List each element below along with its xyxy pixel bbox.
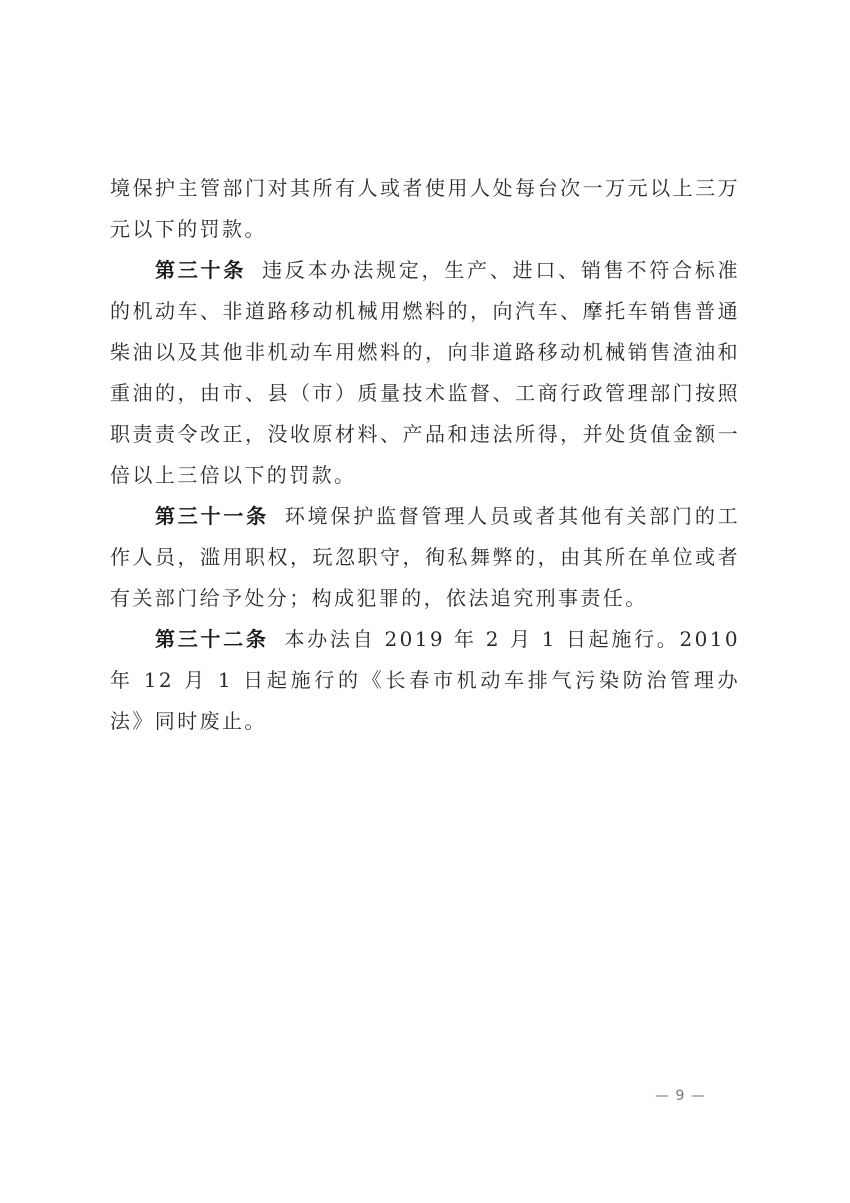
article-number: 第三十一条 [155, 504, 269, 528]
paragraph-continuation: 境保护主管部门对其所有人或者使用人处每台次一万元以上三万元以下的罚款。 [110, 168, 740, 250]
article-text: 违反本办法规定，生产、进口、销售不符合标准的机动车、非道路移动机械用燃料的，向汽… [110, 258, 740, 487]
document-page: 境保护主管部门对其所有人或者使用人处每台次一万元以上三万元以下的罚款。 第三十条… [0, 0, 850, 1203]
article-number: 第三十二条 [155, 627, 269, 651]
document-body: 境保护主管部门对其所有人或者使用人处每台次一万元以上三万元以下的罚款。 第三十条… [110, 168, 740, 742]
article-number: 第三十条 [155, 258, 246, 282]
article-30: 第三十条违反本办法规定，生产、进口、销售不符合标准的机动车、非道路移动机械用燃料… [110, 250, 740, 496]
article-32: 第三十二条本办法自 2019 年 2 月 1 日起施行。2010 年 12 月 … [110, 619, 740, 742]
paragraph-text: 境保护主管部门对其所有人或者使用人处每台次一万元以上三万元以下的罚款。 [110, 176, 740, 241]
article-31: 第三十一条环境保护监督管理人员或者其他有关部门的工作人员，滥用职权，玩忽职守，徇… [110, 496, 740, 619]
page-number: — 9 — [655, 1088, 706, 1104]
